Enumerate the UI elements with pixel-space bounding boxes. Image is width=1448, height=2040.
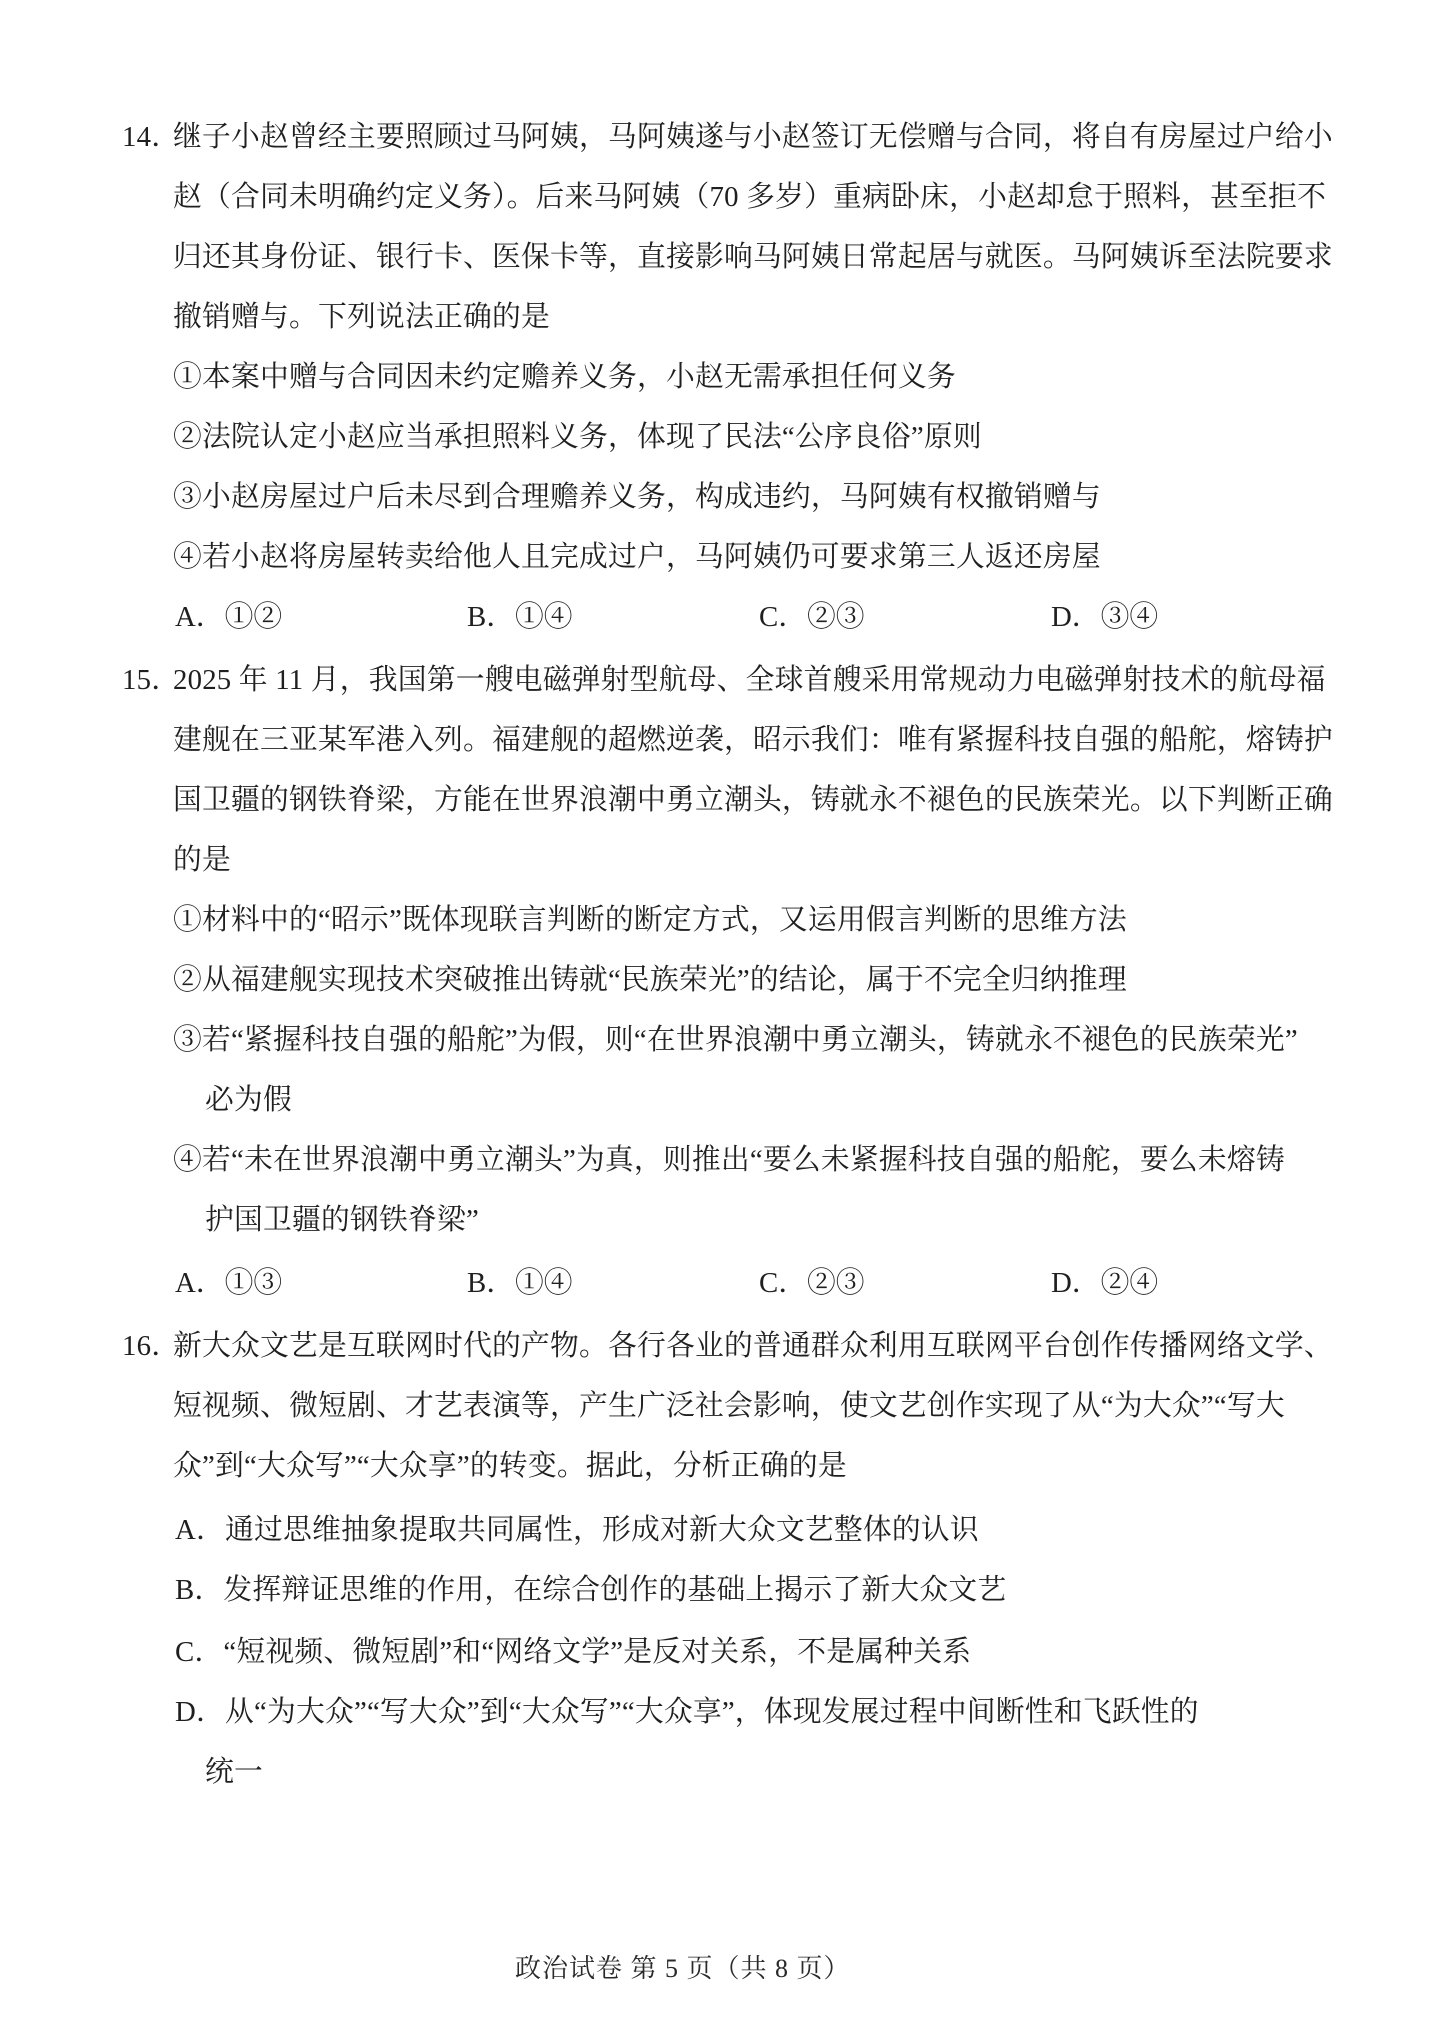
question-15-statement-3: ③若“紧握科技自强的船舵”为假，则“在世界浪潮中勇立潮头，铸就永不褪色的民族荣光…	[173, 1025, 1298, 1055]
question-15-option-a: A．①③	[175, 1268, 282, 1298]
question-14-options-row: A．①② B．①④ C．②③ D．③④	[0, 602, 1448, 642]
question-16-option-d: D．从“为大众”“写大众”到“大众写”“大众享”，体现发展过程中间断性和飞跃性的	[175, 1697, 1199, 1727]
question-14-option-d: D．③④	[1051, 602, 1158, 632]
question-14-statement-1: ①本案中赠与合同因未约定赡养义务，小赵无需承担任何义务	[173, 362, 956, 392]
question-14-stem-line: 撤销赠与。下列说法正确的是	[173, 302, 550, 332]
question-16-option-c: C．“短视频、微短剧”和“网络文学”是反对关系，不是属种关系	[175, 1637, 971, 1667]
question-15-option-d: D．②④	[1051, 1268, 1158, 1298]
question-16-option-b: B．发挥辩证思维的作用，在综合创作的基础上揭示了新大众文艺	[175, 1575, 1006, 1605]
question-15-option-c: C．②③	[759, 1268, 865, 1298]
question-14-stem-line: 继子小赵曾经主要照顾过马阿姨，马阿姨遂与小赵签订无偿赠与合同，将自有房屋过户给小	[173, 122, 1333, 152]
question-15-statement-1: ①材料中的“昭示”既体现联言判断的断定方式，又运用假言判断的思维方法	[173, 905, 1127, 935]
question-14-option-c: C．②③	[759, 602, 865, 632]
question-14-number: 14．	[122, 122, 180, 152]
question-16-stem-line: 短视频、微短剧、才艺表演等，产生广泛社会影响，使文艺创作实现了从“为大众”“写大	[173, 1391, 1285, 1421]
question-14-statement-3: ③小赵房屋过户后未尽到合理赡养义务，构成违约，马阿姨有权撤销赠与	[173, 482, 1101, 512]
question-15-number: 15．	[122, 665, 180, 695]
question-15-option-b: B．①④	[467, 1268, 573, 1298]
question-14-stem-line: 归还其身份证、银行卡、医保卡等，直接影响马阿姨日常起居与就医。马阿姨诉至法院要求	[173, 242, 1333, 272]
question-15-stem-line: 国卫疆的钢铁脊梁，方能在世界浪潮中勇立潮头，铸就永不褪色的民族荣光。以下判断正确	[173, 785, 1333, 815]
question-15-statement-2: ②从福建舰实现技术突破推出铸就“民族荣光”的结论，属于不完全归纳推理	[173, 965, 1127, 995]
question-16-number: 16．	[122, 1331, 180, 1361]
question-14-option-b: B．①④	[467, 602, 573, 632]
page-footer: 政治试卷 第 5 页（共 8 页）	[515, 1955, 851, 1983]
question-15-stem-line: 2025 年 11 月，我国第一艘电磁弹射型航母、全球首艘采用常规动力电磁弹射技…	[173, 665, 1326, 695]
question-14-statement-2: ②法院认定小赵应当承担照料义务，体现了民法“公序良俗”原则	[173, 422, 982, 452]
question-16-stem-line: 新大众文艺是互联网时代的产物。各行各业的普通群众利用互联网平台创作传播网络文学、	[173, 1331, 1333, 1361]
exam-page: 14． 继子小赵曾经主要照顾过马阿姨，马阿姨遂与小赵签订无偿赠与合同，将自有房屋…	[0, 0, 1448, 2040]
question-14-option-a: A．①②	[175, 602, 282, 632]
question-15-stem-line: 的是	[173, 845, 231, 875]
question-15-statement-4: ④若“未在世界浪潮中勇立潮头”为真，则推出“要么未紧握科技自强的船舵，要么未熔铸	[173, 1145, 1285, 1175]
question-15-stem-line: 建舰在三亚某军港入列。福建舰的超燃逆袭，昭示我们：唯有紧握科技自强的船舵，熔铸护	[173, 725, 1333, 755]
question-16-option-a: A．通过思维抽象提取共同属性，形成对新大众文艺整体的认识	[175, 1515, 979, 1545]
question-14-statement-4: ④若小赵将房屋转卖给他人且完成过户，马阿姨仍可要求第三人返还房屋	[173, 542, 1101, 572]
question-15-statement-4-continuation: 护国卫疆的钢铁脊梁”	[205, 1205, 479, 1235]
question-16-option-d-continuation: 统一	[205, 1757, 263, 1787]
question-15-options-row: A．①③ B．①④ C．②③ D．②④	[0, 1268, 1448, 1308]
question-15-statement-3-continuation: 必为假	[205, 1085, 292, 1115]
question-16-stem-line: 众”到“大众写”“大众享”的转变。据此，分析正确的是	[173, 1451, 847, 1481]
question-14-stem-line: 赵（合同未明确约定义务）。后来马阿姨（70 多岁）重病卧床，小赵却怠于照料，甚至…	[173, 182, 1326, 212]
